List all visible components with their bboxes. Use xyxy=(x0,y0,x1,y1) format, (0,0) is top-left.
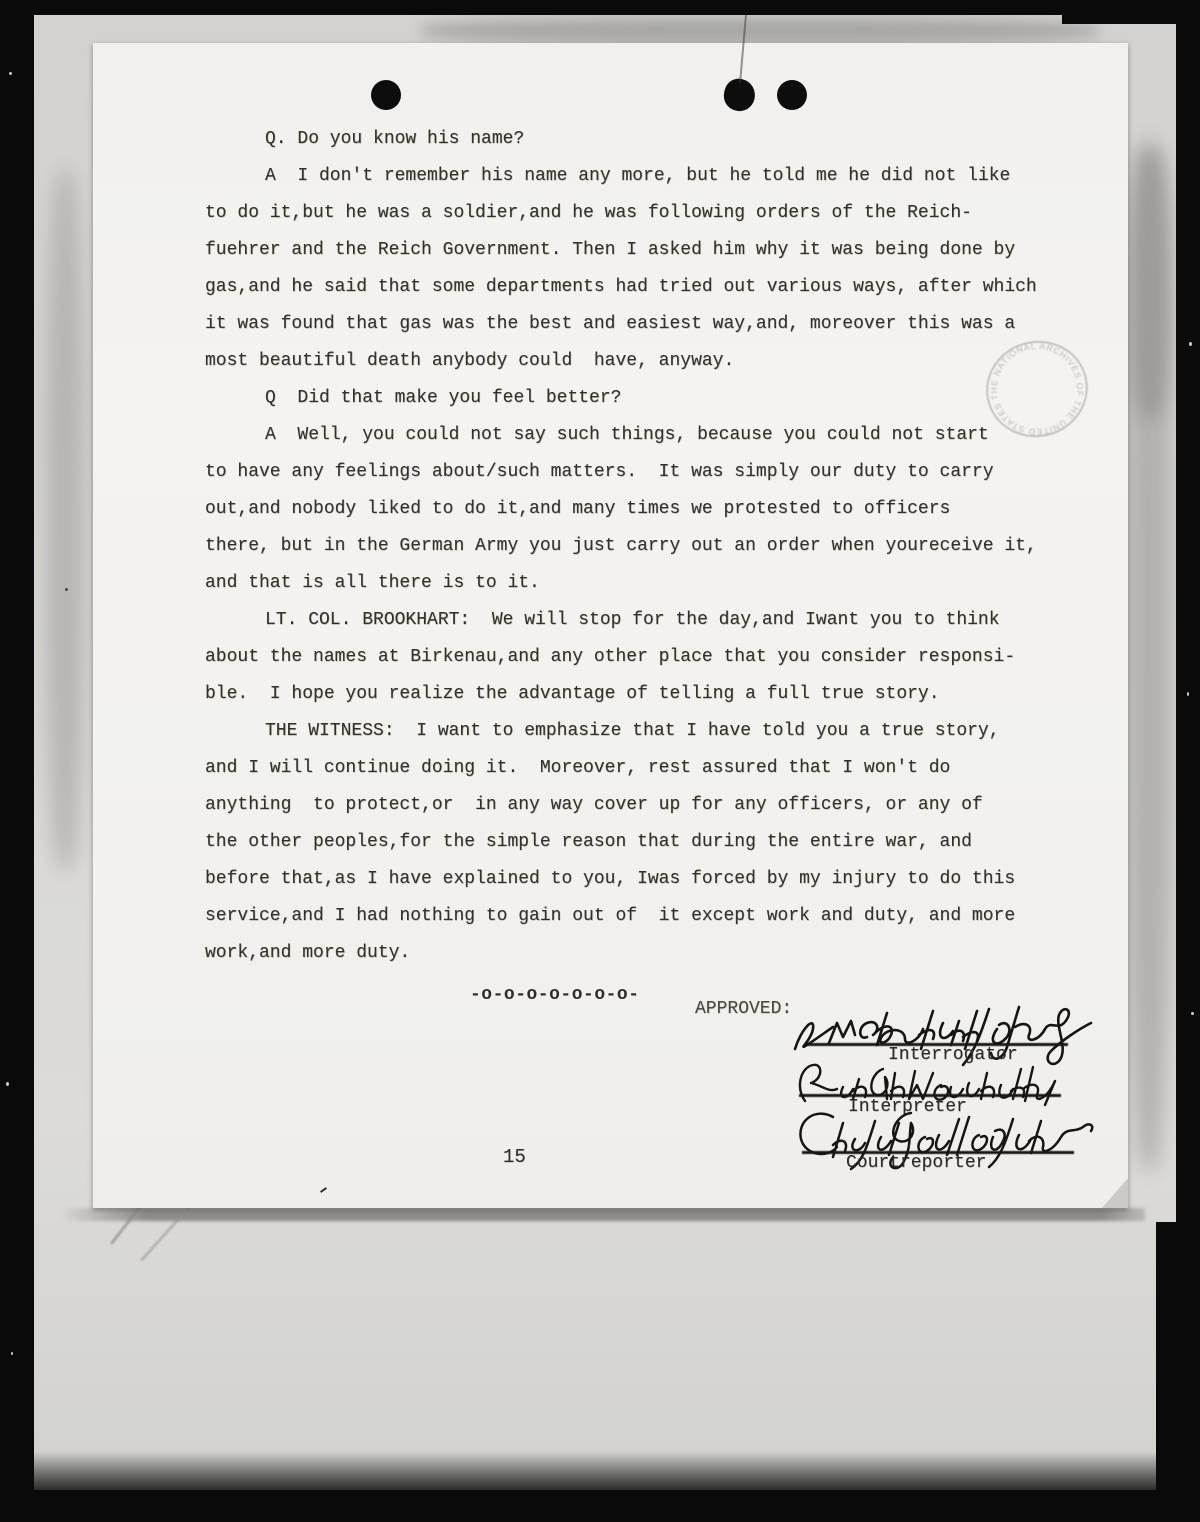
signature-title-courtreporter: Courtreporter xyxy=(846,1153,986,1173)
typed-lines: Q. Do you know his name?A I don't rememb… xyxy=(205,121,1085,972)
scan-bottom-fade xyxy=(33,1452,1179,1494)
typed-line: fuehrer and the Reich Government. Then I… xyxy=(205,232,1085,269)
typed-line: A I don't remember his name any more, bu… xyxy=(205,158,1085,195)
hole-punch xyxy=(371,80,401,110)
typed-line: to do it,but he was a soldier,and he was… xyxy=(205,195,1085,232)
typed-line: to have any feelings about/such matters.… xyxy=(205,454,1085,491)
typed-line: Q Did that make you feel better? xyxy=(205,380,1085,417)
film-fleck xyxy=(11,1352,13,1355)
approved-label: APPROVED: xyxy=(695,999,792,1019)
typed-line: and that is all there is to it. xyxy=(205,565,1085,602)
typed-line: anything to protect,or in any way cover … xyxy=(205,787,1085,824)
typed-line: out,and nobody liked to do it,and many t… xyxy=(205,491,1085,528)
scanned-document: THE NATIONAL ARCHIVES OF THE UNITED STAT… xyxy=(0,0,1200,1522)
ink-speck xyxy=(65,588,68,591)
typed-line: Q. Do you know his name? xyxy=(205,121,1085,158)
typed-line: work,and more duty. xyxy=(205,935,1085,972)
scan-smudge xyxy=(46,170,84,870)
film-border-bottom xyxy=(0,1490,1200,1522)
scan-smudge xyxy=(420,18,1100,44)
typed-line: the other peoples,for the simple reason … xyxy=(205,824,1085,861)
film-fleck xyxy=(1189,342,1192,346)
scan-smudge xyxy=(1130,150,1170,420)
typed-line: A Well, you could not say such things, b… xyxy=(205,417,1085,454)
typed-line: gas,and he said that some departments ha… xyxy=(205,269,1085,306)
typed-line: there, but in the German Army you just c… xyxy=(205,528,1085,565)
page-shadow xyxy=(60,1208,1145,1221)
film-fleck xyxy=(9,72,12,75)
typed-line: ble. I hope you realize the advantage of… xyxy=(205,676,1085,713)
typed-line: before that,as I have explained to you, … xyxy=(205,861,1085,898)
film-border-top xyxy=(0,0,1200,15)
ink-speck xyxy=(320,1187,327,1193)
document-page: THE NATIONAL ARCHIVES OF THE UNITED STAT… xyxy=(93,43,1128,1208)
page-corner-fold xyxy=(1102,1178,1128,1208)
film-border-left xyxy=(0,0,34,1522)
typed-line: LT. COL. BROOKHART: We will stop for the… xyxy=(205,602,1085,639)
film-fleck xyxy=(6,1082,9,1086)
typed-line: about the names at Birkenau,and any othe… xyxy=(205,639,1085,676)
page-number: 15 xyxy=(503,1145,526,1169)
typed-line: and I will continue doing it. Moreover, … xyxy=(205,750,1085,787)
separator-line: -o-o-o-o-o-o-o- xyxy=(470,985,640,1005)
film-fleck xyxy=(1191,1012,1194,1015)
hole-punch xyxy=(777,80,807,110)
typed-line: it was found that gas was the best and e… xyxy=(205,306,1085,343)
typed-line: service,and I had nothing to gain out of… xyxy=(205,898,1085,935)
film-border-right-lower xyxy=(1156,1222,1200,1522)
film-fleck xyxy=(1187,692,1189,696)
typed-line: THE WITNESS: I want to emphasize that I … xyxy=(205,713,1085,750)
typed-line: most beautiful death anybody could have,… xyxy=(205,343,1085,380)
